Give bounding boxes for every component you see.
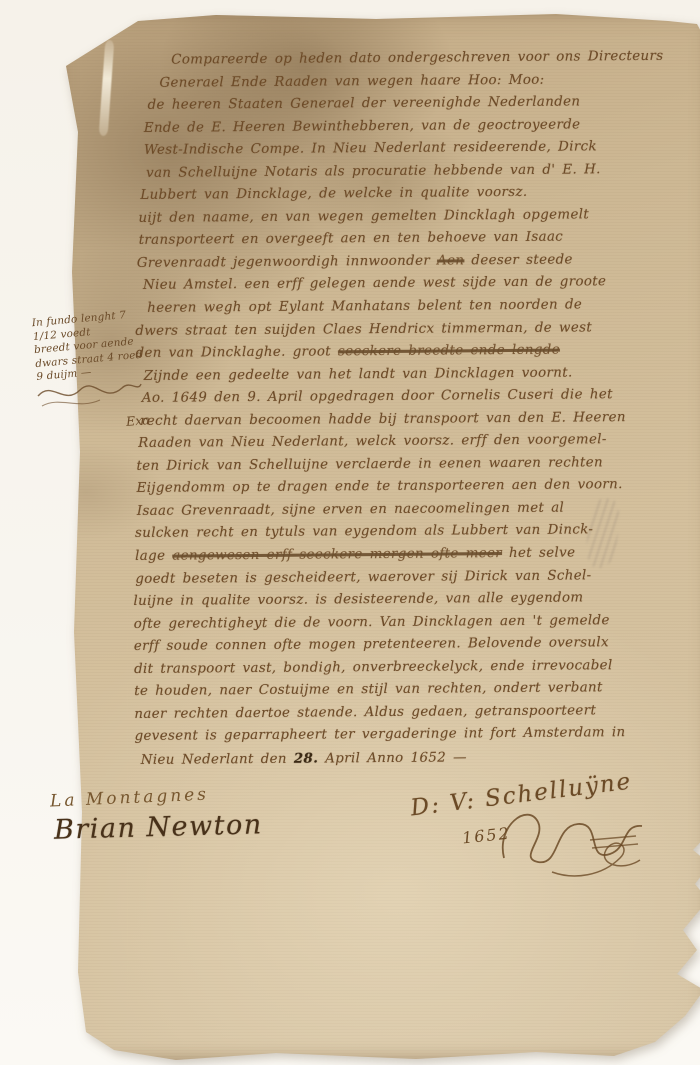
notary-paraph-flourish	[494, 796, 654, 886]
manuscript-line: heeren wegh opt Eylant Manhatans belent …	[147, 294, 632, 320]
signature-brian-newton: Brian Newton	[54, 809, 263, 845]
manuscript-text: Compareerde op heden dato ondergeschreve…	[125, 46, 636, 772]
manuscript-line: lage aengewesen erff seeckere mergen oft…	[135, 542, 634, 568]
margin-flourish	[34, 366, 144, 412]
manuscript-line: van Schelluijne Notaris als procuratie h…	[146, 159, 631, 185]
signature-notary-block: D: V: Schelluÿne 1652	[398, 768, 658, 888]
manuscript-line: Compareerde op heden dato ondergeschreve…	[171, 46, 630, 72]
exam-mark: Exa	[126, 412, 151, 429]
manuscript-line: gevesent is geparrapheert ter vergaderin…	[134, 722, 635, 748]
manuscript-line: de heeren Staaten Generael der vereenigh…	[148, 91, 631, 117]
